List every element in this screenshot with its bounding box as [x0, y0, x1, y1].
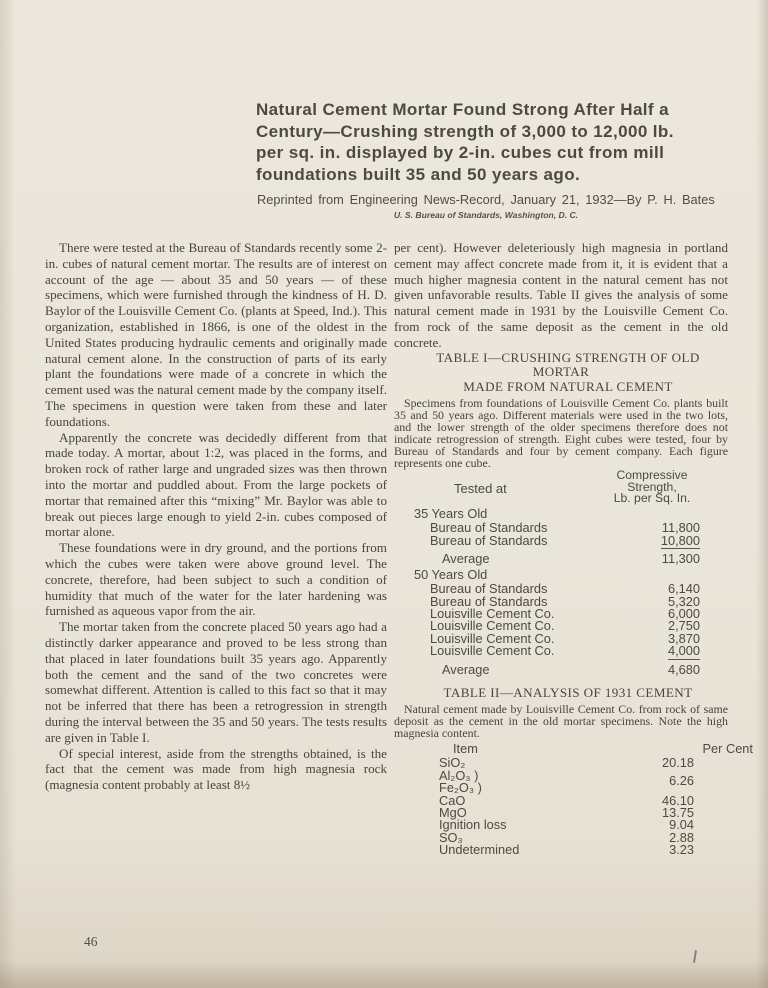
table-analysis-1931-cement: TABLE II—ANALYSIS OF 1931 CEMENT Natural…: [394, 686, 728, 857]
table1-header: Tested at Compressive Strength, Lb. per …: [394, 471, 700, 505]
column-header-tested-at: Tested at: [454, 481, 507, 497]
table1-note: Specimens from foundations of Louisville…: [394, 397, 728, 469]
table-row: Bureau of Standards 10,800: [394, 535, 700, 549]
table2-header: Item Per Cent: [394, 742, 753, 755]
row-value: 3.23: [669, 844, 694, 856]
paragraph: per cent). However deleteriously high ma…: [394, 240, 728, 351]
table-crushing-strength: TABLE I—CRUSHING STRENGTH OF OLD MORTAR …: [394, 351, 728, 676]
headline-line: per sq. in. displayed by 2-in. cubes cut…: [256, 142, 722, 164]
row-value: 6.26: [669, 775, 694, 787]
table1-title-line2: MADE FROM NATURAL CEMENT: [394, 380, 728, 395]
table-row: Undetermined 3.23: [394, 844, 694, 856]
scanned-article-page: Natural Cement Mortar Found Strong After…: [0, 0, 768, 988]
column-header-item: Item: [453, 742, 478, 755]
row-label: Undetermined: [439, 844, 519, 856]
byline: Reprinted from Engineering News-Record, …: [257, 192, 717, 207]
column-header-compressive-strength: Compressive Strength, Lb. per Sq. In.: [586, 470, 718, 505]
header-line: Lb. per Sq. In.: [586, 493, 718, 505]
row-value: 20.18: [662, 757, 694, 769]
paragraph: Of special interest, aside from the stre…: [45, 746, 387, 793]
page-number: 46: [84, 934, 98, 950]
group-35-years-label: 35 Years Old: [394, 508, 700, 520]
group-50-years-label: 50 Years Old: [394, 569, 700, 581]
row-value: 4,000: [668, 645, 700, 659]
table2-title: TABLE II—ANALYSIS OF 1931 CEMENT: [394, 686, 728, 701]
row-value: 10,800: [661, 535, 700, 549]
average-row: Average 11,300: [394, 553, 700, 565]
row-value: 4,680: [668, 664, 700, 676]
paragraph: Apparently the concrete was decidedly di…: [45, 430, 387, 541]
headline-line: Century—Crushing strength of 3,000 to 12…: [256, 121, 722, 143]
pen-mark-artifact: [693, 950, 697, 963]
row-label: Louisville Cement Co.: [430, 645, 554, 659]
average-row: Average 4,680: [394, 664, 700, 676]
headline-line: foundations built 35 and 50 years ago.: [256, 164, 722, 186]
column-header-per-cent: Per Cent: [702, 742, 753, 755]
row-label: Bureau of Standards: [430, 535, 547, 549]
row-label: Average: [442, 553, 489, 565]
body-column-left: There were tested at the Bureau of Stand…: [45, 240, 387, 793]
row-value: 11,300: [662, 553, 700, 565]
article-headline: Natural Cement Mortar Found Strong After…: [256, 99, 722, 185]
paragraph: There were tested at the Bureau of Stand…: [45, 240, 387, 430]
table-row: Louisville Cement Co. 4,000: [394, 645, 700, 659]
paragraph: These foundations were in dry ground, an…: [45, 540, 387, 619]
table1-title: TABLE I—CRUSHING STRENGTH OF OLD MORTAR: [394, 351, 728, 380]
author-affiliation: U. S. Bureau of Standards, Washington, D…: [256, 210, 716, 220]
headline-line: Natural Cement Mortar Found Strong After…: [256, 99, 722, 121]
body-column-right: per cent). However deleteriously high ma…: [394, 240, 728, 857]
row-label: Average: [442, 664, 489, 676]
table2-note: Natural cement made by Louisville Cement…: [394, 703, 728, 739]
paragraph: The mortar taken from the concrete place…: [45, 619, 387, 745]
